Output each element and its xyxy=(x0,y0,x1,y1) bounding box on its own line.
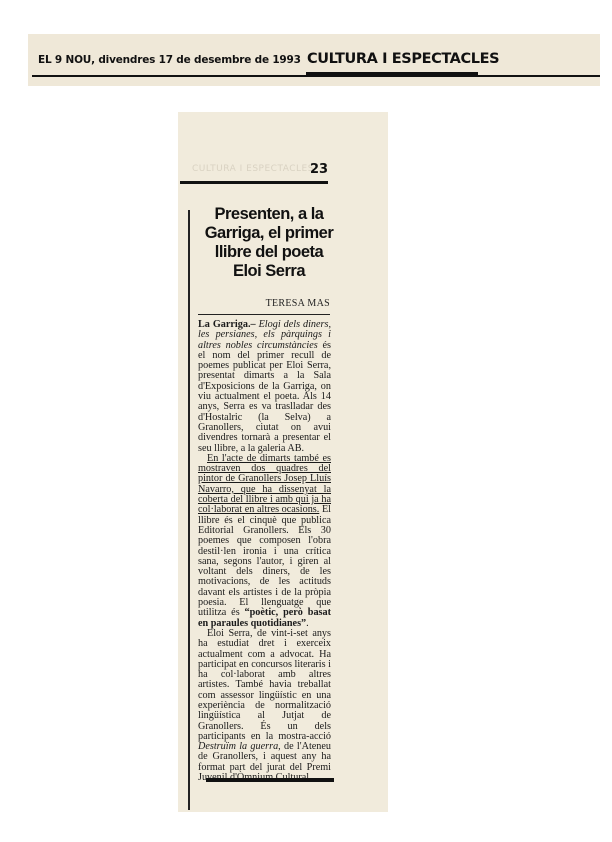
section-title: CULTURA I ESPECTACLES xyxy=(307,51,499,67)
headline-line: llibre del poeta xyxy=(194,243,344,262)
paragraph-text: és el nom del primer recull de poemes pu… xyxy=(198,340,331,454)
paragraph-3: Eloi Serra, de vint-i-set anys ha estudi… xyxy=(198,629,331,783)
byline: TERESA MAS xyxy=(194,298,330,309)
bleed-through-text: CULTURA I ESPECTACLES xyxy=(192,164,314,174)
publication-date-line: EL 9 NOU, divendres 17 de desembre de 19… xyxy=(38,54,301,66)
headline-line: Presenten, a la xyxy=(194,205,344,224)
page-rule xyxy=(180,181,328,184)
paragraph-1: La Garriga.– Elogi dels diners, les pers… xyxy=(198,320,331,454)
headline-line: Eloi Serra xyxy=(194,262,344,281)
section-underline xyxy=(306,72,478,76)
byline-rule xyxy=(198,314,330,315)
column-rule xyxy=(188,210,190,810)
article-headline: Presenten, a la Garriga, el primer llibr… xyxy=(194,205,344,281)
headline-line: Garriga, el primer xyxy=(194,224,344,243)
paragraph-text: Eloi Serra, de vint-i-set anys ha estudi… xyxy=(198,628,331,742)
end-rule xyxy=(206,778,334,782)
paragraph-2: En l'acte de dimarts també es mostraven … xyxy=(198,454,331,629)
underlined-passage: En l'acte de dimarts també es mostraven … xyxy=(198,453,331,515)
article-body: La Garriga.– Elogi dels diners, les pers… xyxy=(198,320,331,783)
paragraph-text: El llibre és el cinquè que publica Edito… xyxy=(198,504,331,618)
page-number: 23 xyxy=(310,162,328,177)
